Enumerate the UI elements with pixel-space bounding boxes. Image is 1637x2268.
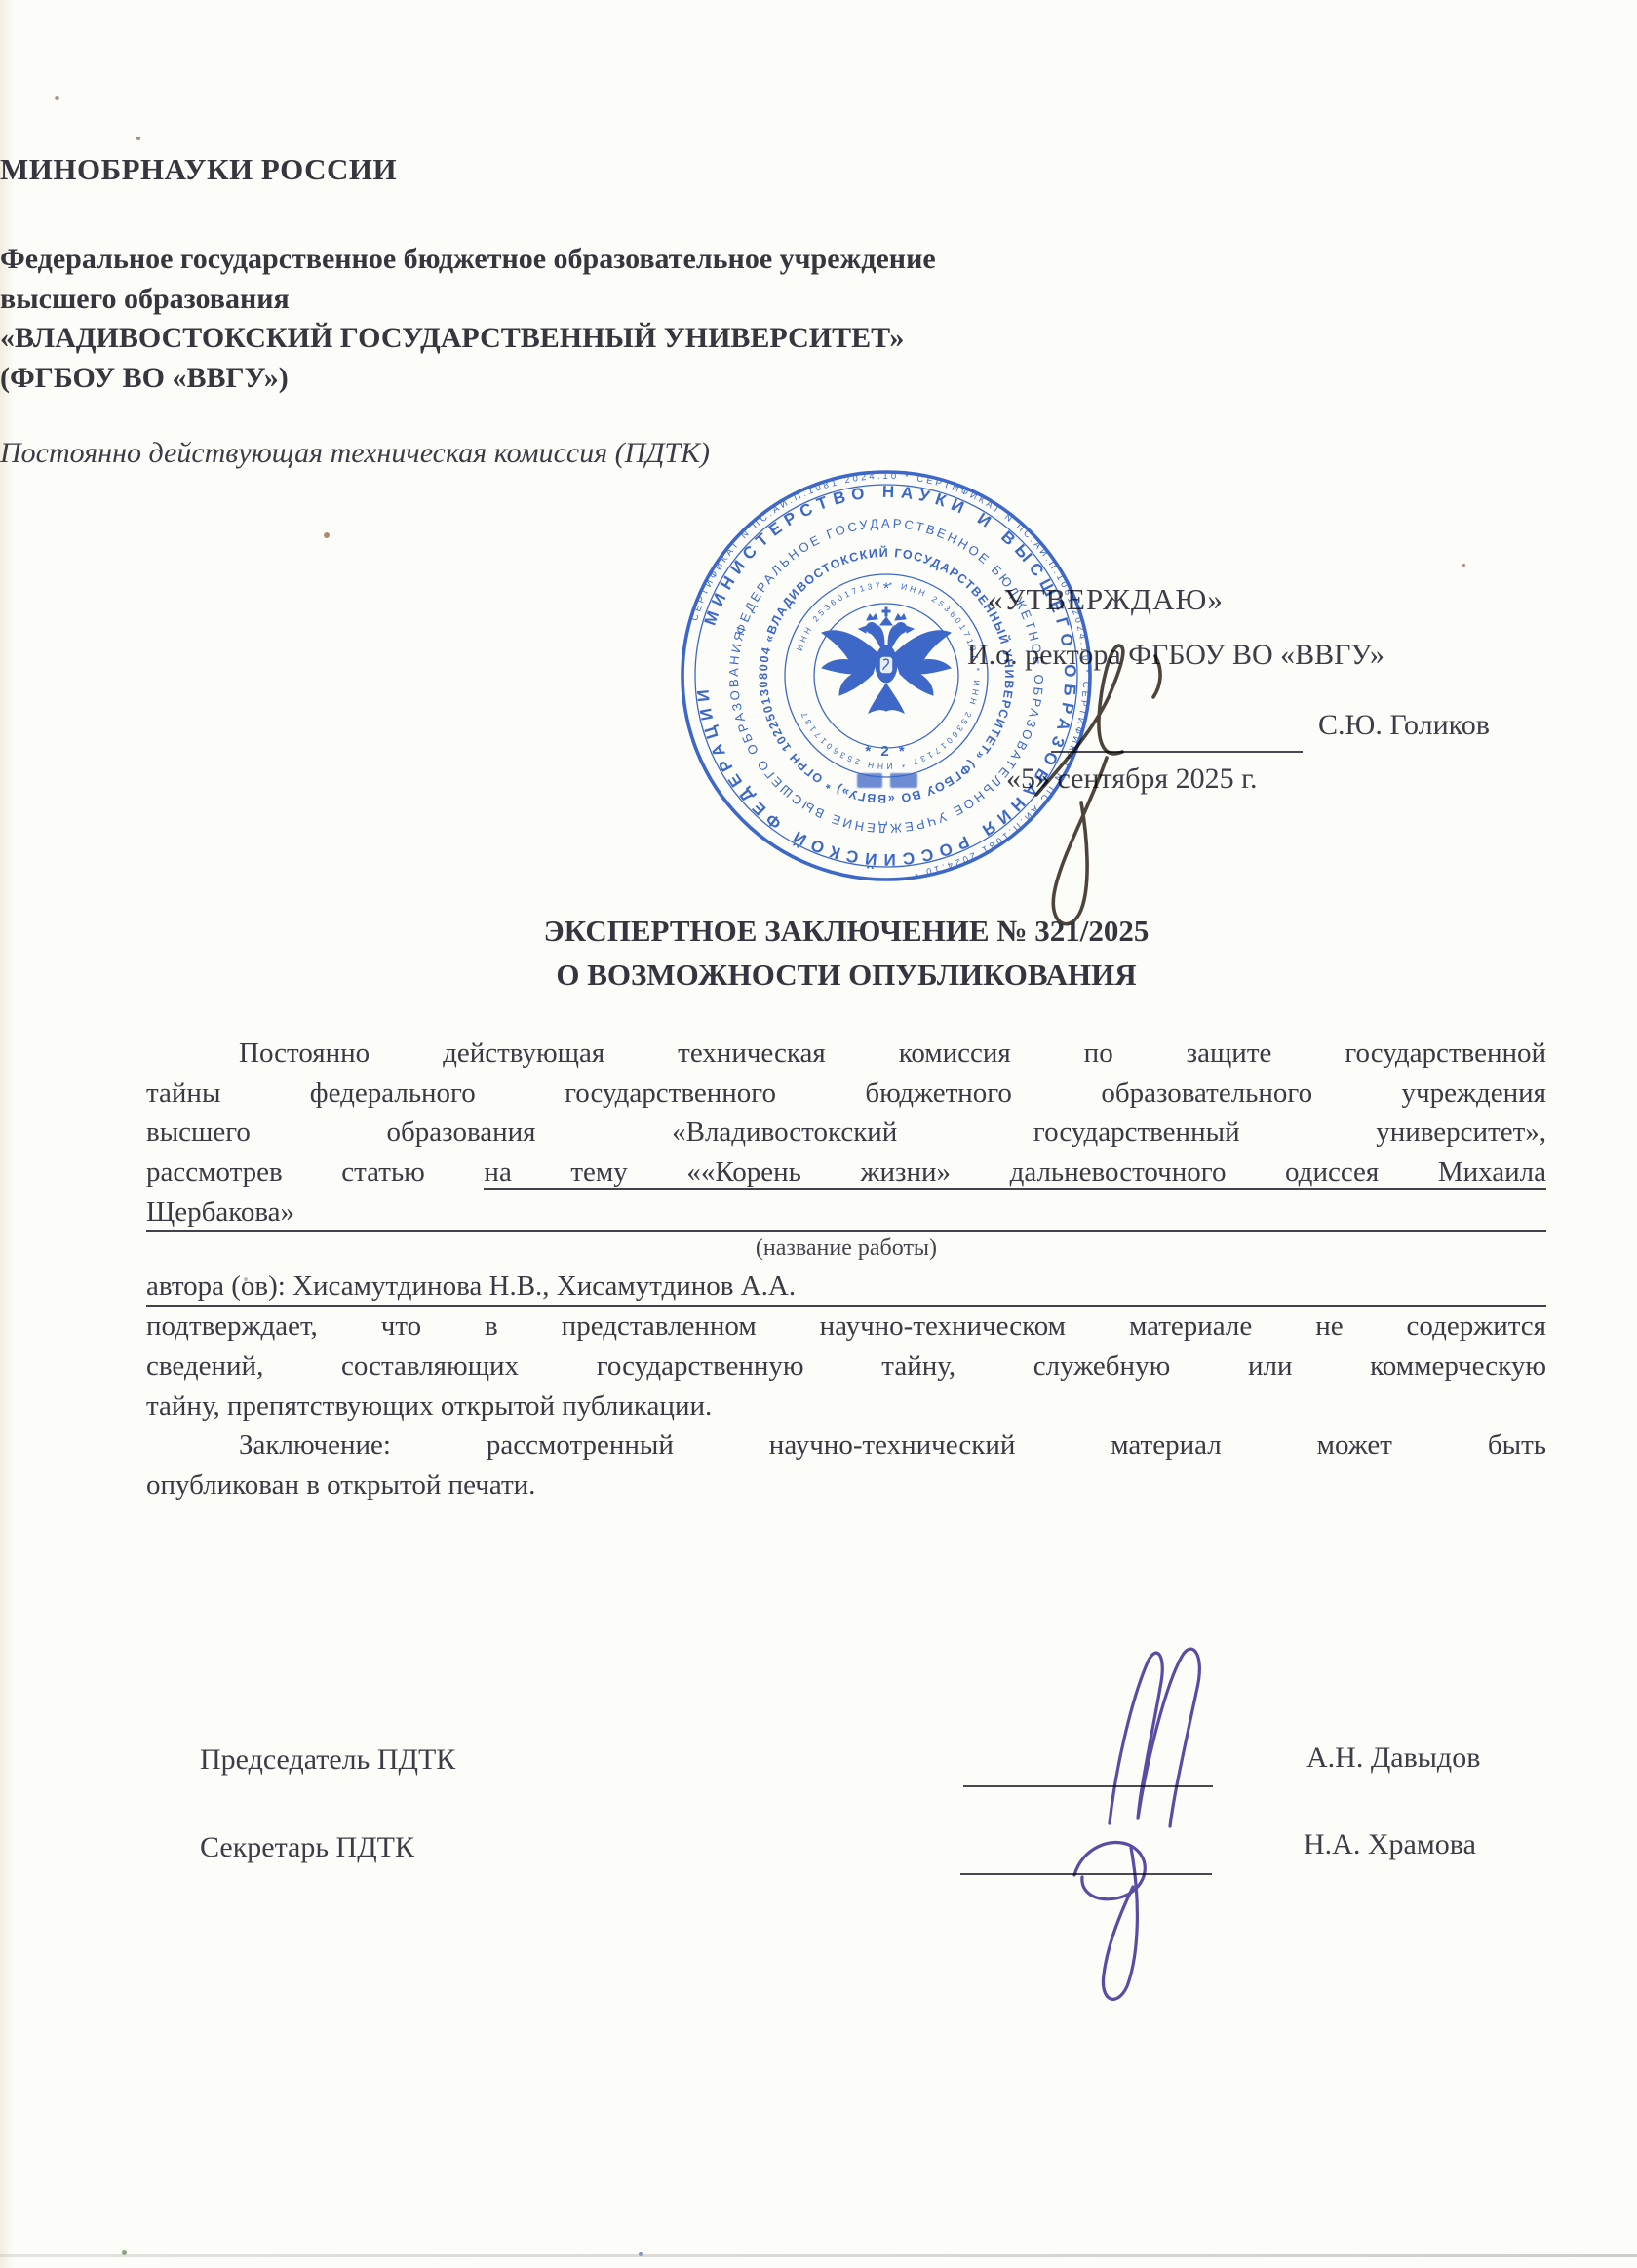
body-line: высшего образования «Владивостокский гос… [146,1113,1546,1153]
title-line-1: ЭКСПЕРТНОЕ ЗАКЛЮЧЕНИЕ № 321/2025 [146,909,1546,953]
body-line-topic: рассмотрев статью на тему ««Корень жизни… [146,1153,1546,1193]
scan-speck [1462,564,1465,567]
body-line: сведений, составляющих государственную т… [146,1347,1546,1387]
body-line: подтверждает, что в представленном научн… [146,1307,1546,1347]
topic-underlined: на тему ««Корень жизни» дальневосточного… [484,1156,1546,1190]
committee-signatures [985,1614,1267,2014]
body-line: тайны федерального государственного бюдж… [146,1074,1546,1114]
org-line-3: «ВЛАДИВОСТОКСКИЙ ГОСУДАРСТВЕННЫЙ УНИВЕРС… [0,319,1637,359]
scan-speck [244,1277,248,1281]
chairman-name: А.Н. Давыдов [1306,1741,1480,1775]
org-line-2: высшего образования [0,280,1637,320]
double-headed-eagle-icon [822,607,951,713]
authors-line: автора (ов): Хисамутдинова Н.В., Хисамут… [146,1267,1546,1307]
conclusion-line: Заключение: рассмотренный научно-техниче… [146,1426,1546,1466]
title-line-2: О ВОЗМОЖНОСТИ ОПУБЛИКОВАНИЯ [146,953,1546,997]
stamp-microtext-blocks [857,773,917,788]
document-page: МИНОБРНАУКИ РОССИИ Федеральное государст… [0,0,1637,2268]
secretary-name: Н.А. Храмова [1304,1828,1476,1861]
body-line: тайну, препятствующих открытой публикаци… [146,1387,1546,1427]
approver-name: С.Ю. Голиков [1318,709,1490,742]
conclusion-line-2: опубликован в открытой печати. [146,1466,1546,1505]
work-title-caption: (название работы) [146,1232,1546,1267]
secretary-role: Секретарь ПДТК [200,1831,414,1864]
document-body: Постоянно действующая техническая комисс… [146,1034,1546,1505]
organization-block: Федеральное государственное бюджетное об… [0,240,1637,398]
body-line: Постоянно действующая техническая комисс… [146,1034,1546,1074]
chairman-role: Председатель ПДТК [200,1743,455,1777]
scan-edge-bottom [0,2254,1637,2257]
rector-signature [1009,629,1263,951]
org-line-1: Федеральное государственное бюджетное об… [0,240,1637,280]
ministry-title: МИНОБРНАУКИ РОССИИ [0,152,1637,187]
scan-speck [324,532,330,538]
body-line-topic-cont: Щербакова» [146,1193,1546,1232]
scan-speck [55,96,59,100]
svg-text:* 2 *: * 2 * [865,743,907,760]
blank-underline [294,1193,1546,1232]
scan-speck [136,137,140,140]
document-title: ЭКСПЕРТНОЕ ЗАКЛЮЧЕНИЕ № 321/2025 О ВОЗМО… [146,909,1546,997]
svg-text:*: * [883,579,890,598]
blank-underline [796,1267,1546,1307]
org-line-4: (ФГБОУ ВО «ВВГУ») [0,359,1637,399]
